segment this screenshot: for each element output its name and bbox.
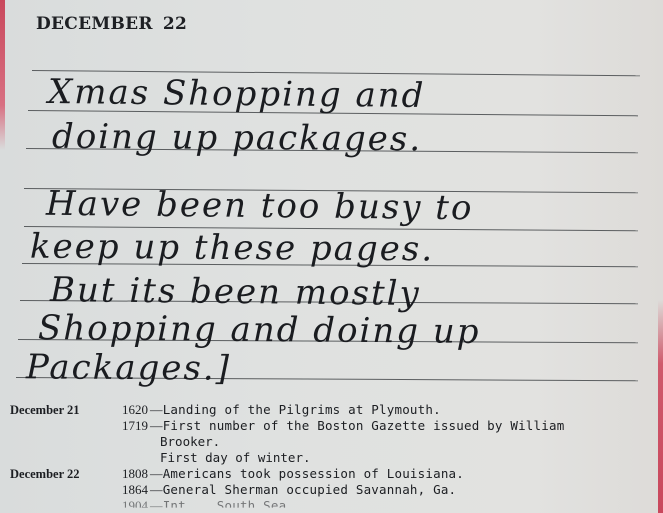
almanac-text: Landing of the Pilgrims at Plymouth. [150, 402, 441, 418]
almanac-row: December 21 1620 Landing of the Pilgrims… [10, 402, 610, 418]
handwritten-line: Packages.] [26, 347, 231, 388]
page-edge-left [0, 0, 5, 150]
almanac-row: December 22 1808 Americans took possessi… [10, 466, 610, 482]
handwritten-line: keep up these pages. [30, 227, 434, 270]
handwritten-line: doing up packages. [52, 117, 422, 160]
diary-page: DECEMBER22 Xmas Shopping and doing up pa… [0, 0, 663, 513]
almanac-row-continuation: First day of winter. [10, 450, 610, 466]
almanac-text: General Sherman occupied Savannah, Ga. [150, 482, 456, 498]
almanac-text: Int... South Sea [150, 498, 286, 513]
almanac-events: December 21 1620 Landing of the Pilgrims… [10, 402, 610, 513]
almanac-row-partial: 1904 Int... South Sea [10, 498, 610, 513]
handwritten-line: Shopping and doing up [38, 308, 481, 352]
almanac-year: 1719 [96, 418, 148, 434]
heading-month: DECEMBER [36, 14, 153, 34]
almanac-year: 1904 [96, 498, 148, 513]
heading-day: 22 [163, 14, 187, 34]
almanac-year: 1864 [96, 482, 148, 498]
handwritten-line: But its been mostly [50, 270, 421, 314]
handwritten-line: Have been too busy to [46, 184, 474, 228]
page-edge-right [658, 300, 663, 513]
almanac-row: 1719 First number of the Boston Gazette … [10, 418, 610, 434]
almanac-continuation: First day of winter. [160, 450, 311, 466]
almanac-year: 1808 [96, 466, 148, 482]
almanac-row-continuation: Brooker. [10, 434, 610, 450]
almanac-continuation: Brooker. [160, 434, 220, 450]
almanac-year: 1620 [96, 402, 148, 418]
almanac-text: First number of the Boston Gazette issue… [150, 418, 564, 434]
handwritten-line: Xmas Shopping and [48, 72, 426, 116]
page-date-heading: DECEMBER22 [36, 14, 187, 34]
almanac-row: 1864 General Sherman occupied Savannah, … [10, 482, 610, 498]
almanac-text: Americans took possession of Louisiana. [150, 466, 464, 482]
